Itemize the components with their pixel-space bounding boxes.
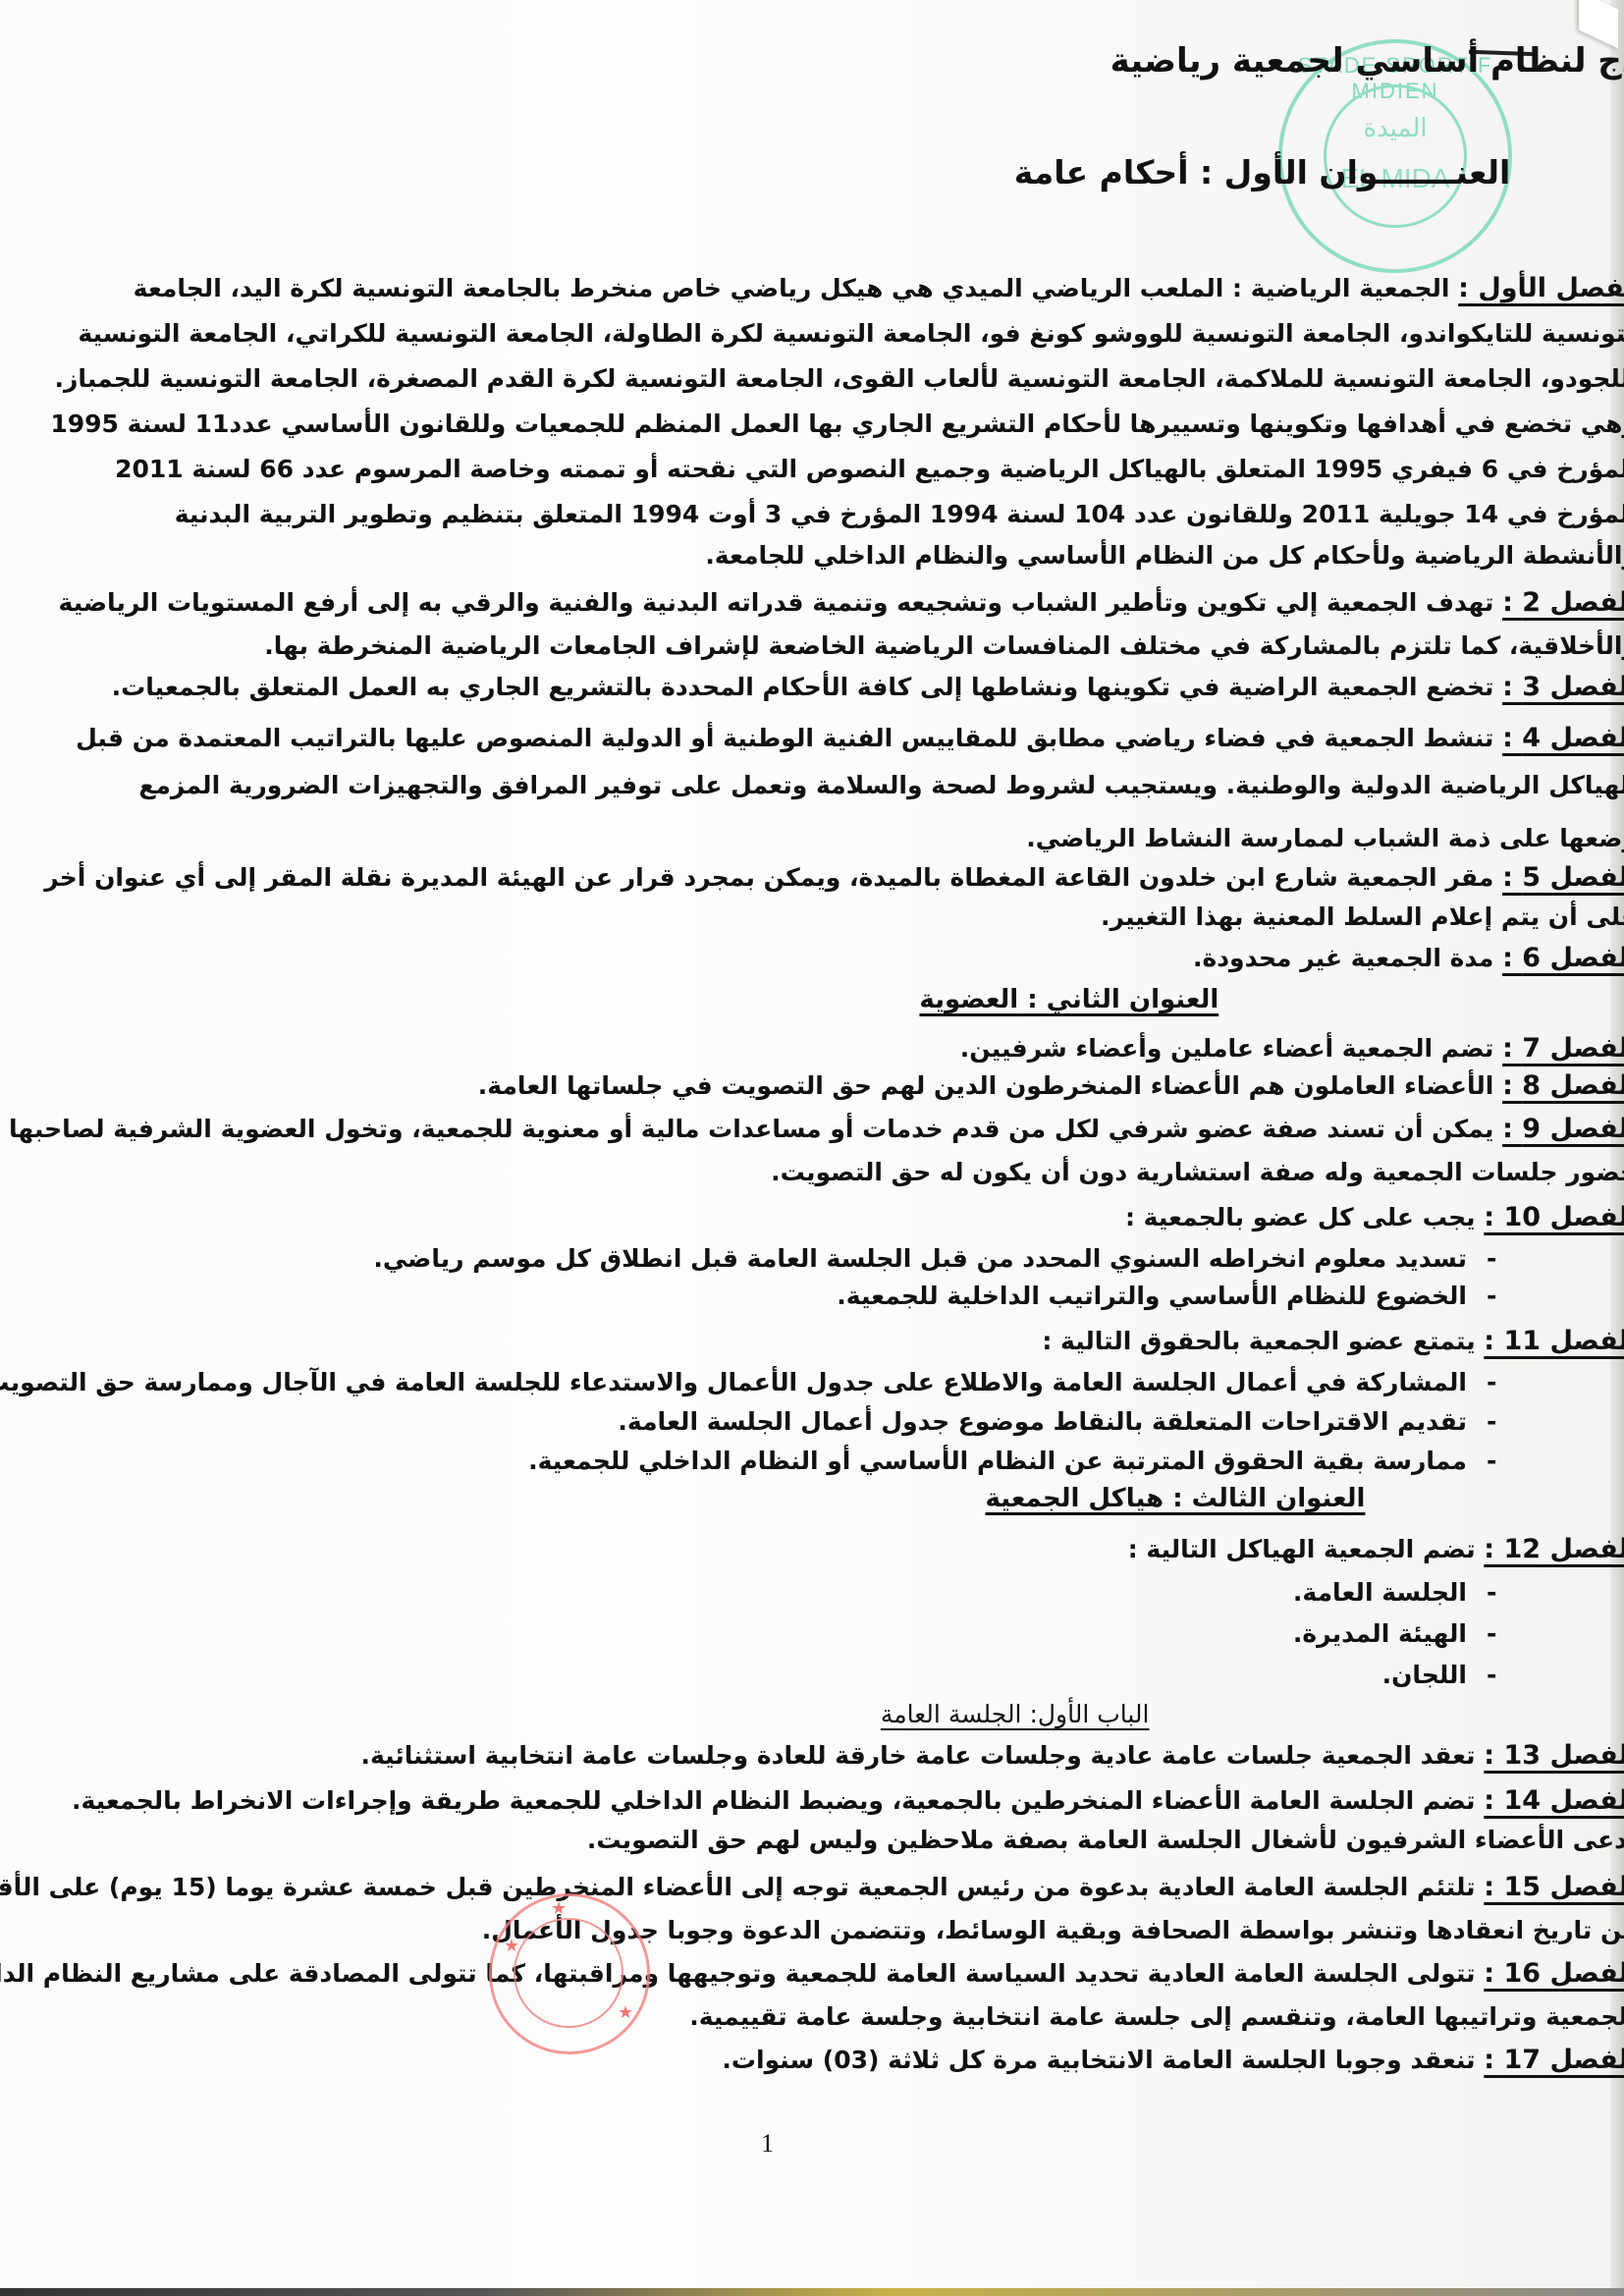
- article-16: الفصل 16 : تتولى الجلسة العامة العادية ت…: [0, 1956, 1624, 1992]
- part-3-heading: العنوان الثالث : هياكل الجمعية: [985, 1481, 1365, 1516]
- article-15-line: من تاريخ انعقادها وتنشر بواسطة الصحافة و…: [482, 1913, 1624, 1948]
- article-11-bullet: -تقديم الاقتراحات المتعلقة بالنقاط موضوع…: [618, 1404, 1516, 1440]
- article-8: الفصل 8 : الأعضاء العاملون هم الأعضاء ال…: [478, 1068, 1624, 1104]
- article-12-bullet: -اللجان.: [1382, 1658, 1516, 1693]
- part-1-heading: العنـــــــوان الأول : أحكام عامة: [1014, 155, 1511, 191]
- article-14-line: يدعى الأعضاء الشرفيون لأشغال الجلسة العا…: [587, 1823, 1624, 1858]
- star-icon: ★: [504, 1936, 519, 1956]
- article-17-label: الفصل 17 :: [1484, 2045, 1624, 2075]
- article-15: الفصل 15 : تلتئم الجلسة العامة العادية ب…: [0, 1870, 1624, 1905]
- article-1: الفصل الأول : الجمعية الرياضية : الملعب …: [134, 271, 1624, 306]
- part-2-heading: العنوان الثاني : العضوية: [919, 982, 1218, 1017]
- article-11-label: الفصل 11 :: [1484, 1326, 1624, 1356]
- article-9: الفصل 9 : يمكن أن تسند صفة عضو شرفي لكل …: [9, 1112, 1624, 1147]
- article-13-label: الفصل 13 :: [1484, 1740, 1624, 1771]
- article-10-bullet: -الخضوع للنظام الأساسي والتراتيب الداخلي…: [837, 1279, 1516, 1314]
- article-16-label: الفصل 16 :: [1484, 1958, 1624, 1989]
- article-5: الفصل 5 : مقر الجمعية شارع ابن خلدون الق…: [44, 860, 1624, 896]
- article-16-line: للجمعية وتراتيبها العامة، وتنقسم إلى جلس…: [689, 1999, 1624, 2035]
- article-14: الفصل 14 : تضم الجلسة العامة الأعضاء الم…: [72, 1783, 1624, 1819]
- article-7: الفصل 7 : تضم الجمعية أعضاء عاملين وأعضا…: [960, 1031, 1624, 1066]
- article-10-label: الفصل 10 :: [1484, 1202, 1624, 1232]
- article-3: الفصل 3 : تخضع الجمعية الراضية في تكوينه…: [112, 670, 1624, 705]
- article-4-label: الفصل 4 :: [1502, 723, 1624, 753]
- article-1-line: والأنشطة الرياضية ولأحكام كل من النظام ا…: [705, 538, 1624, 574]
- article-2: الفصل 2 : تهدف الجمعية إلي تكوين وتأطير …: [59, 585, 1624, 621]
- article-9-line: حضور جلسات الجمعية وله صفة استشارية دون …: [771, 1155, 1624, 1190]
- article-2-label: الفصل 2 :: [1502, 587, 1624, 618]
- article-4-line: وضعها على ذمة الشباب لممارسة النشاط الري…: [1026, 821, 1624, 856]
- article-13: الفصل 13 : تعقد الجمعية جلسات عامة عادية…: [361, 1738, 1624, 1774]
- article-1-line: المؤرخ في 6 فيفري 1995 المتعلق بالهياكل …: [115, 452, 1624, 487]
- article-11: الفصل 11 : يتمتع عضو الجمعية بالحقوق الت…: [1042, 1324, 1624, 1359]
- page-number: 1: [761, 2129, 774, 2159]
- article-6-label: الفصل 6 :: [1502, 943, 1624, 973]
- article-9-label: الفصل 9 :: [1502, 1114, 1624, 1144]
- article-1-line: المؤرخ في 14 جويلية 2011 وللقانون عدد 10…: [175, 497, 1624, 532]
- article-14-label: الفصل 14 :: [1484, 1785, 1624, 1816]
- article-1-line: وهي تخضع في أهدافها وتكوينها وتسييرها لأ…: [50, 407, 1624, 442]
- article-1-line: للجودو، الجامعة التونسية للملاكمة، الجام…: [55, 361, 1624, 397]
- article-8-label: الفصل 8 :: [1502, 1070, 1624, 1101]
- article-4-line: الهياكل الرياضية الدولية والوطنية. ويستج…: [138, 768, 1624, 803]
- article-1-label: الفصل الأول :: [1458, 273, 1624, 303]
- stamp-inner-ring: [514, 1918, 623, 2028]
- article-5-label: الفصل 5 :: [1502, 862, 1624, 893]
- chapter-1-heading: الباب الأول: الجلسة العامة: [881, 1697, 1150, 1732]
- star-icon: ★: [618, 2002, 633, 2023]
- article-3-label: الفصل 3 :: [1502, 672, 1624, 702]
- article-11-bullet: -ممارسة بقية الحقوق المترتبة عن النظام ا…: [528, 1444, 1516, 1479]
- article-12-label: الفصل 12 :: [1484, 1534, 1624, 1564]
- scan-bottom-edge: [0, 2288, 1624, 2296]
- article-4: الفصل 4 : تنشط الجمعية في فضاء رياضي مطا…: [76, 721, 1624, 756]
- article-1-line: التونسية للتايكواندو، الجامعة التونسية ل…: [78, 316, 1624, 352]
- article-2-line: والأخلاقية، كما تلتزم بالمشاركة في مختلف…: [264, 629, 1624, 664]
- red-official-stamp: ★ ★ ★: [489, 1893, 650, 2054]
- article-17: الفصل 17 : تنعقد وجوبا الجلسة العامة الا…: [722, 2043, 1624, 2078]
- article-7-label: الفصل 7 :: [1502, 1033, 1624, 1064]
- article-11-bullet: -المشاركة في أعمال الجلسة العامة والاطلا…: [0, 1365, 1516, 1400]
- document-page: STADE SPORTIF MIDIEN الميدة EL MIDA أنمو…: [0, 0, 1624, 2296]
- article-10-bullet: -تسديد معلوم انخراطه السنوي المحدد من قب…: [373, 1241, 1516, 1277]
- star-icon: ★: [551, 1898, 567, 1919]
- article-6: الفصل 6 : مدة الجمعية غير محدودة.: [1193, 941, 1624, 976]
- article-12-bullet: -الجلسة العامة.: [1293, 1575, 1516, 1611]
- document-title: أنموذج لنظام أساسي لجمعية رياضية: [1110, 43, 1624, 79]
- stamp-arabic-name: الميدة: [1282, 114, 1508, 143]
- article-10: الفصل 10 : يجب على كل عضو بالجمعية :: [1125, 1200, 1624, 1235]
- article-5-line: على أن يتم إعلام السلط المعنية بهذا التغ…: [1101, 900, 1624, 935]
- article-12-bullet: -الهيئة المديرة.: [1293, 1616, 1516, 1652]
- article-12: الفصل 12 : تضم الجمعية الهياكل التالية :: [1128, 1532, 1624, 1567]
- article-15-label: الفصل 15 :: [1484, 1872, 1624, 1902]
